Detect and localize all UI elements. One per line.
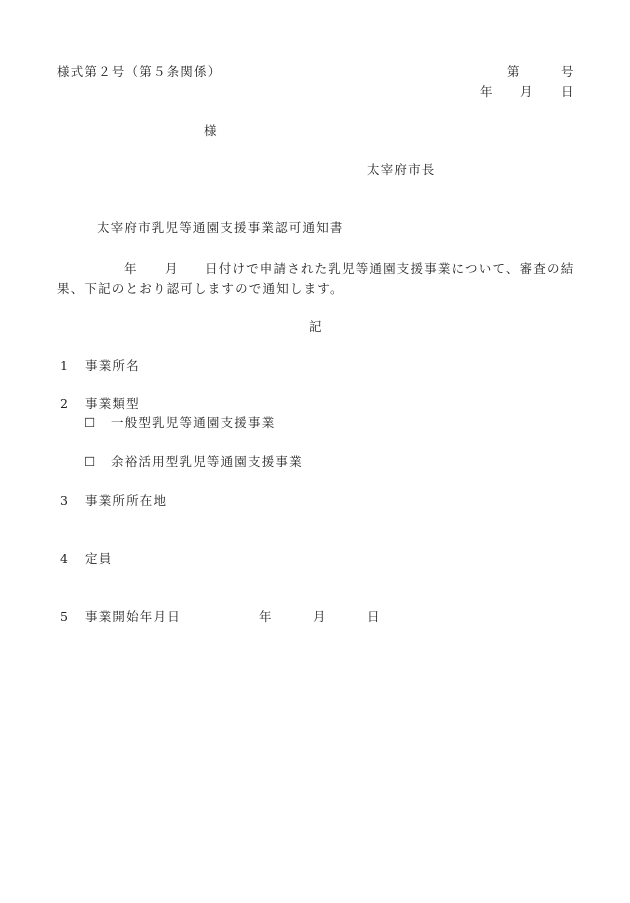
date-month: 月 xyxy=(520,86,533,99)
business-type-general-label: 一般型乳児等通園支援事業 xyxy=(111,417,275,430)
item-5-label: 事業開始年月日 xyxy=(85,611,181,624)
item-4-number: 4 xyxy=(60,553,68,566)
ki-label: 記 xyxy=(309,321,322,334)
body-year: 年 xyxy=(124,263,137,276)
checkbox-general-type[interactable]: ☐ xyxy=(84,417,95,430)
date-year: 年 xyxy=(480,86,493,99)
item-1-number: 1 xyxy=(60,360,68,373)
item-5-number: 5 xyxy=(60,611,68,624)
start-date-month: 月 xyxy=(313,611,326,624)
doc-number-prefix: 第 xyxy=(507,66,520,79)
item-4-label: 定員 xyxy=(85,553,112,566)
item-1-label: 事業所名 xyxy=(85,360,140,373)
start-date-day: 日 xyxy=(367,611,380,624)
date-day: 日 xyxy=(561,86,574,99)
checkbox-surplus-type[interactable]: ☐ xyxy=(84,456,95,469)
business-type-surplus-label: 余裕活用型乳児等通園支援事業 xyxy=(111,456,303,469)
body-month: 月 xyxy=(165,263,178,276)
item-2-number: 2 xyxy=(60,398,68,411)
document-title: 太宰府市乳児等通園支援事業認可通知書 xyxy=(97,222,344,235)
start-date-year: 年 xyxy=(259,611,272,624)
item-3-label: 事業所所在地 xyxy=(85,495,167,508)
body-line2: 果、下記のとおり認可しますので通知します。 xyxy=(57,283,344,296)
item-2-label: 事業類型 xyxy=(85,398,140,411)
body-line1: 日付けで申請された乳児等通園支援事業について、審査の結 xyxy=(205,263,574,276)
doc-number-suffix: 号 xyxy=(561,66,574,79)
form-number: 様式第２号（第５条関係） xyxy=(57,66,221,79)
item-3-number: 3 xyxy=(60,495,68,508)
addressee-honorific: 様 xyxy=(204,125,217,138)
issuer-name: 太宰府市長 xyxy=(367,164,436,177)
